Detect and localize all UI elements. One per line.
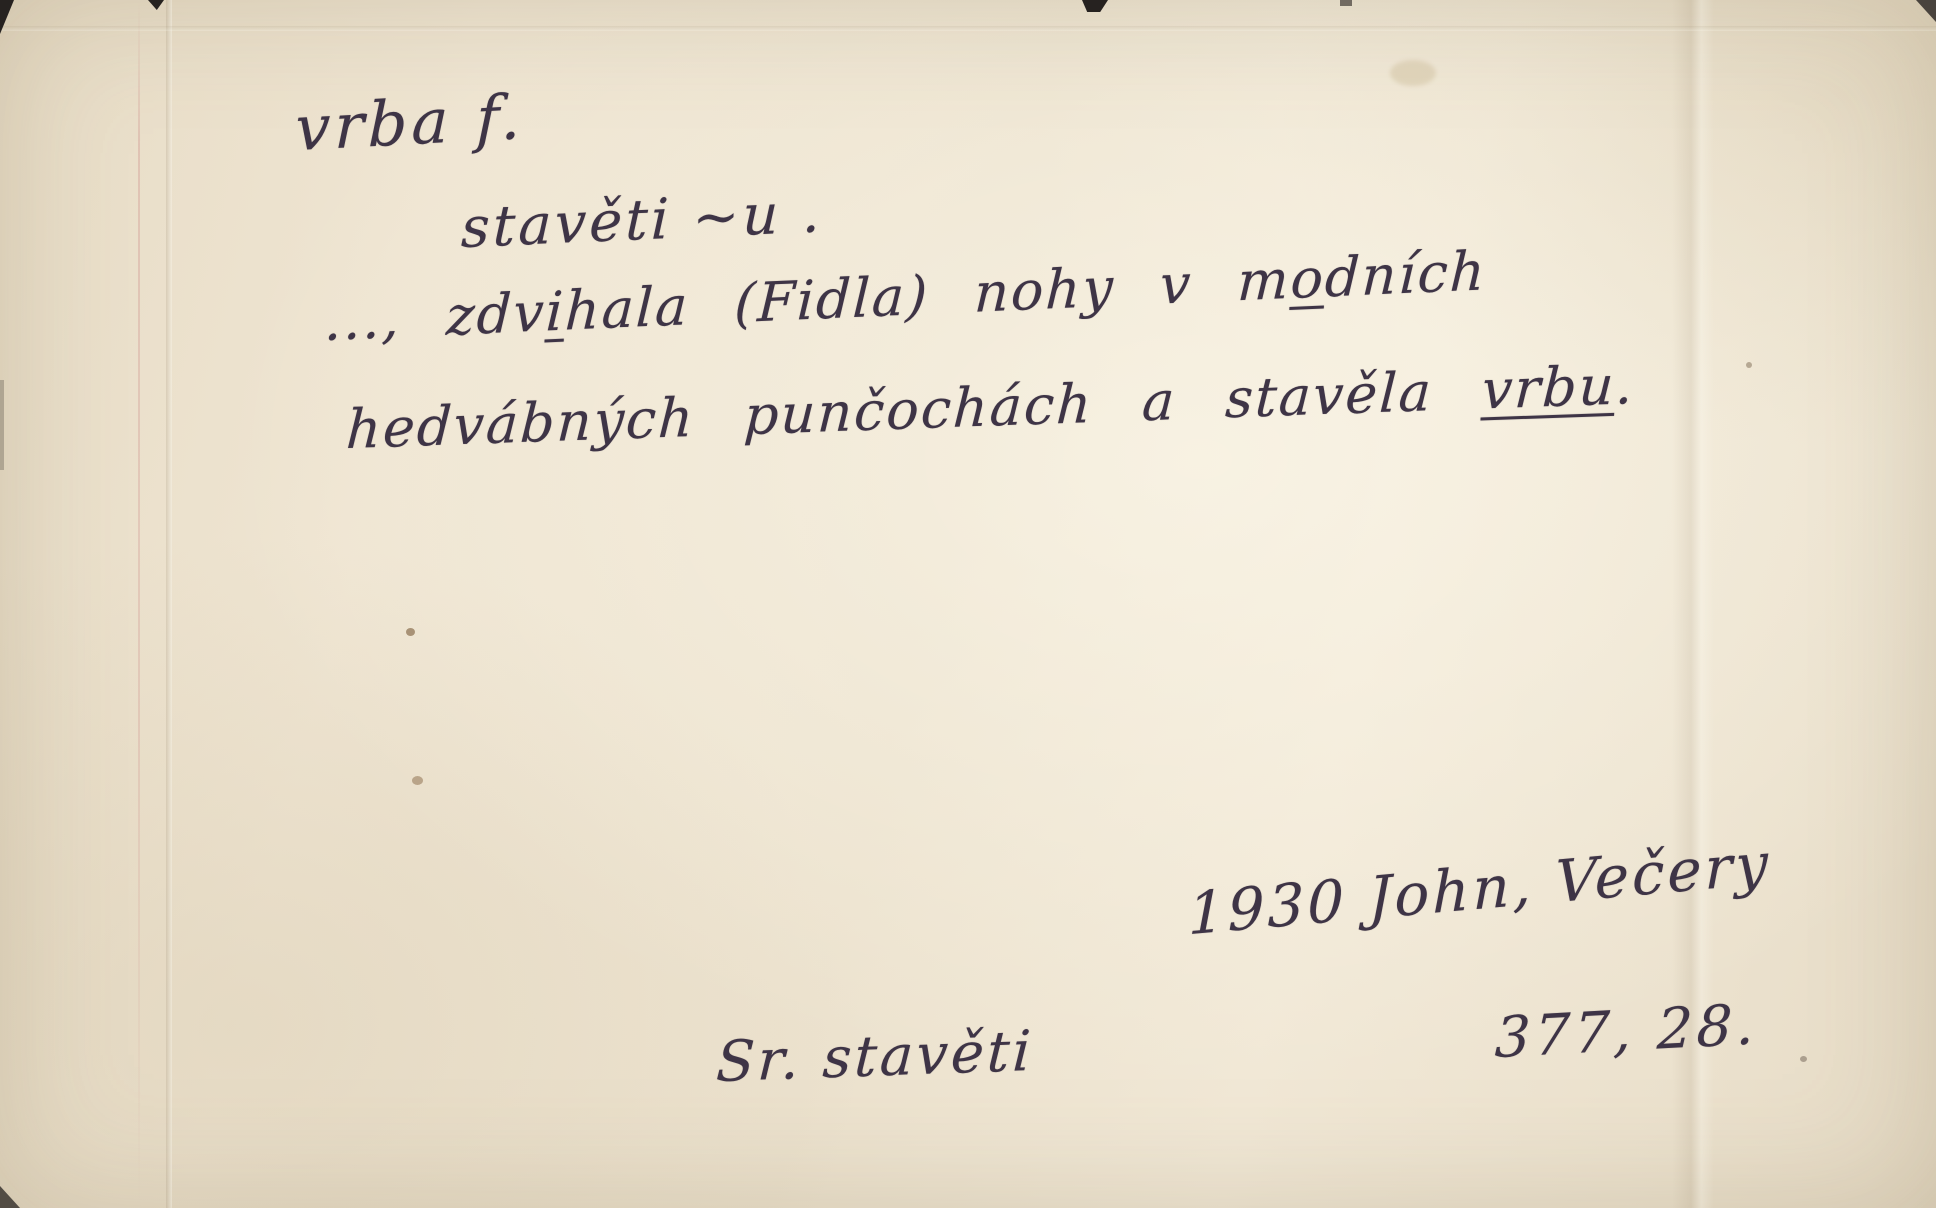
headword: vrba f. [295, 80, 525, 165]
quote-text: dních [1324, 239, 1488, 309]
cross-reference: Sr. stavěti [715, 1019, 1036, 1095]
quote-text: . [1614, 353, 1636, 417]
quote-text: ..., zdv [323, 280, 547, 353]
scanned-card: vrba f. stavěti ~u . ..., zdvihala (Fidl… [0, 0, 1936, 1208]
quote-underlined-word: vrbu [1480, 354, 1617, 422]
quote-underlined-letter: o [1289, 246, 1326, 311]
citation-pages: 377, 28. [1494, 992, 1759, 1071]
